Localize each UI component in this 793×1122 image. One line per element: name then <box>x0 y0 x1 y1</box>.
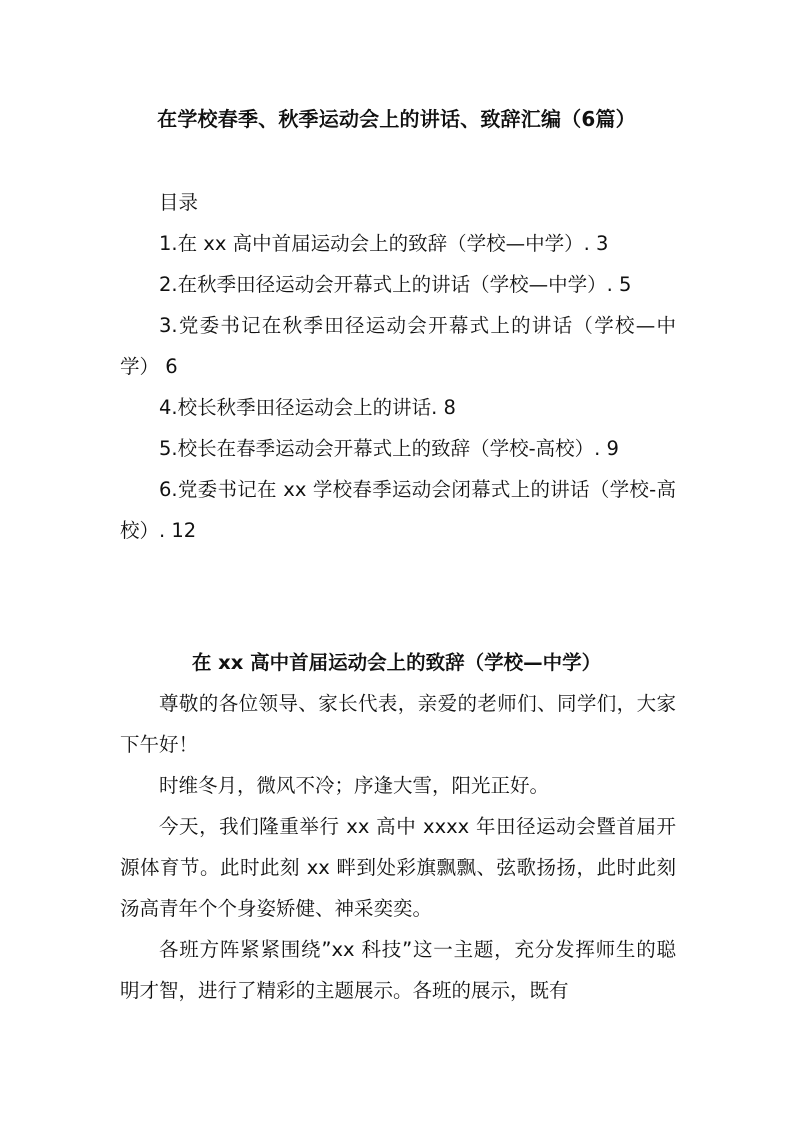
paragraph: 各班方阵紧紧围绕”xx 科技”这一主题，充分发挥师生的聪明才智，进行了精彩的主题… <box>120 929 676 1011</box>
toc-item: 3.党委书记在秋季田径运动会开幕式上的讲话（学校—中学） 6 <box>120 305 676 387</box>
paragraph: 尊敬的各位领导、家长代表，亲爱的老师们、同学们，大家下午好！ <box>120 683 676 765</box>
toc-item: 4.校长秋季田径运动会上的讲话. 8 <box>120 387 676 428</box>
toc-item: 5.校长在春季运动会开幕式上的致辞（学校-高校）. 9 <box>120 428 676 469</box>
toc-item: 1.在 xx 高中首届运动会上的致辞（学校—中学）. 3 <box>120 223 676 264</box>
section-heading: 在 xx 高中首届运动会上的致辞（学校—中学） <box>0 648 793 678</box>
table-of-contents: 目录 1.在 xx 高中首届运动会上的致辞（学校—中学）. 3 2.在秋季田径运… <box>120 182 676 551</box>
toc-item: 6.党委书记在 xx 学校春季运动会闭幕式上的讲话（学校-高校）. 12 <box>120 469 676 551</box>
paragraph: 今天，我们隆重举行 xx 高中 xxxx 年田径运动会暨首届开源体育节。此时此刻… <box>120 806 676 929</box>
document-title: 在学校春季、秋季运动会上的讲话、致辞汇编（6篇） <box>0 104 793 134</box>
toc-item: 2.在秋季田径运动会开幕式上的讲话（学校—中学）. 5 <box>120 264 676 305</box>
paragraph: 时维冬月，微风不冷；序逢大雪，阳光正好。 <box>120 765 676 806</box>
section-body: 尊敬的各位领导、家长代表，亲爱的老师们、同学们，大家下午好！ 时维冬月，微风不冷… <box>120 683 676 1011</box>
toc-heading: 目录 <box>120 182 676 223</box>
